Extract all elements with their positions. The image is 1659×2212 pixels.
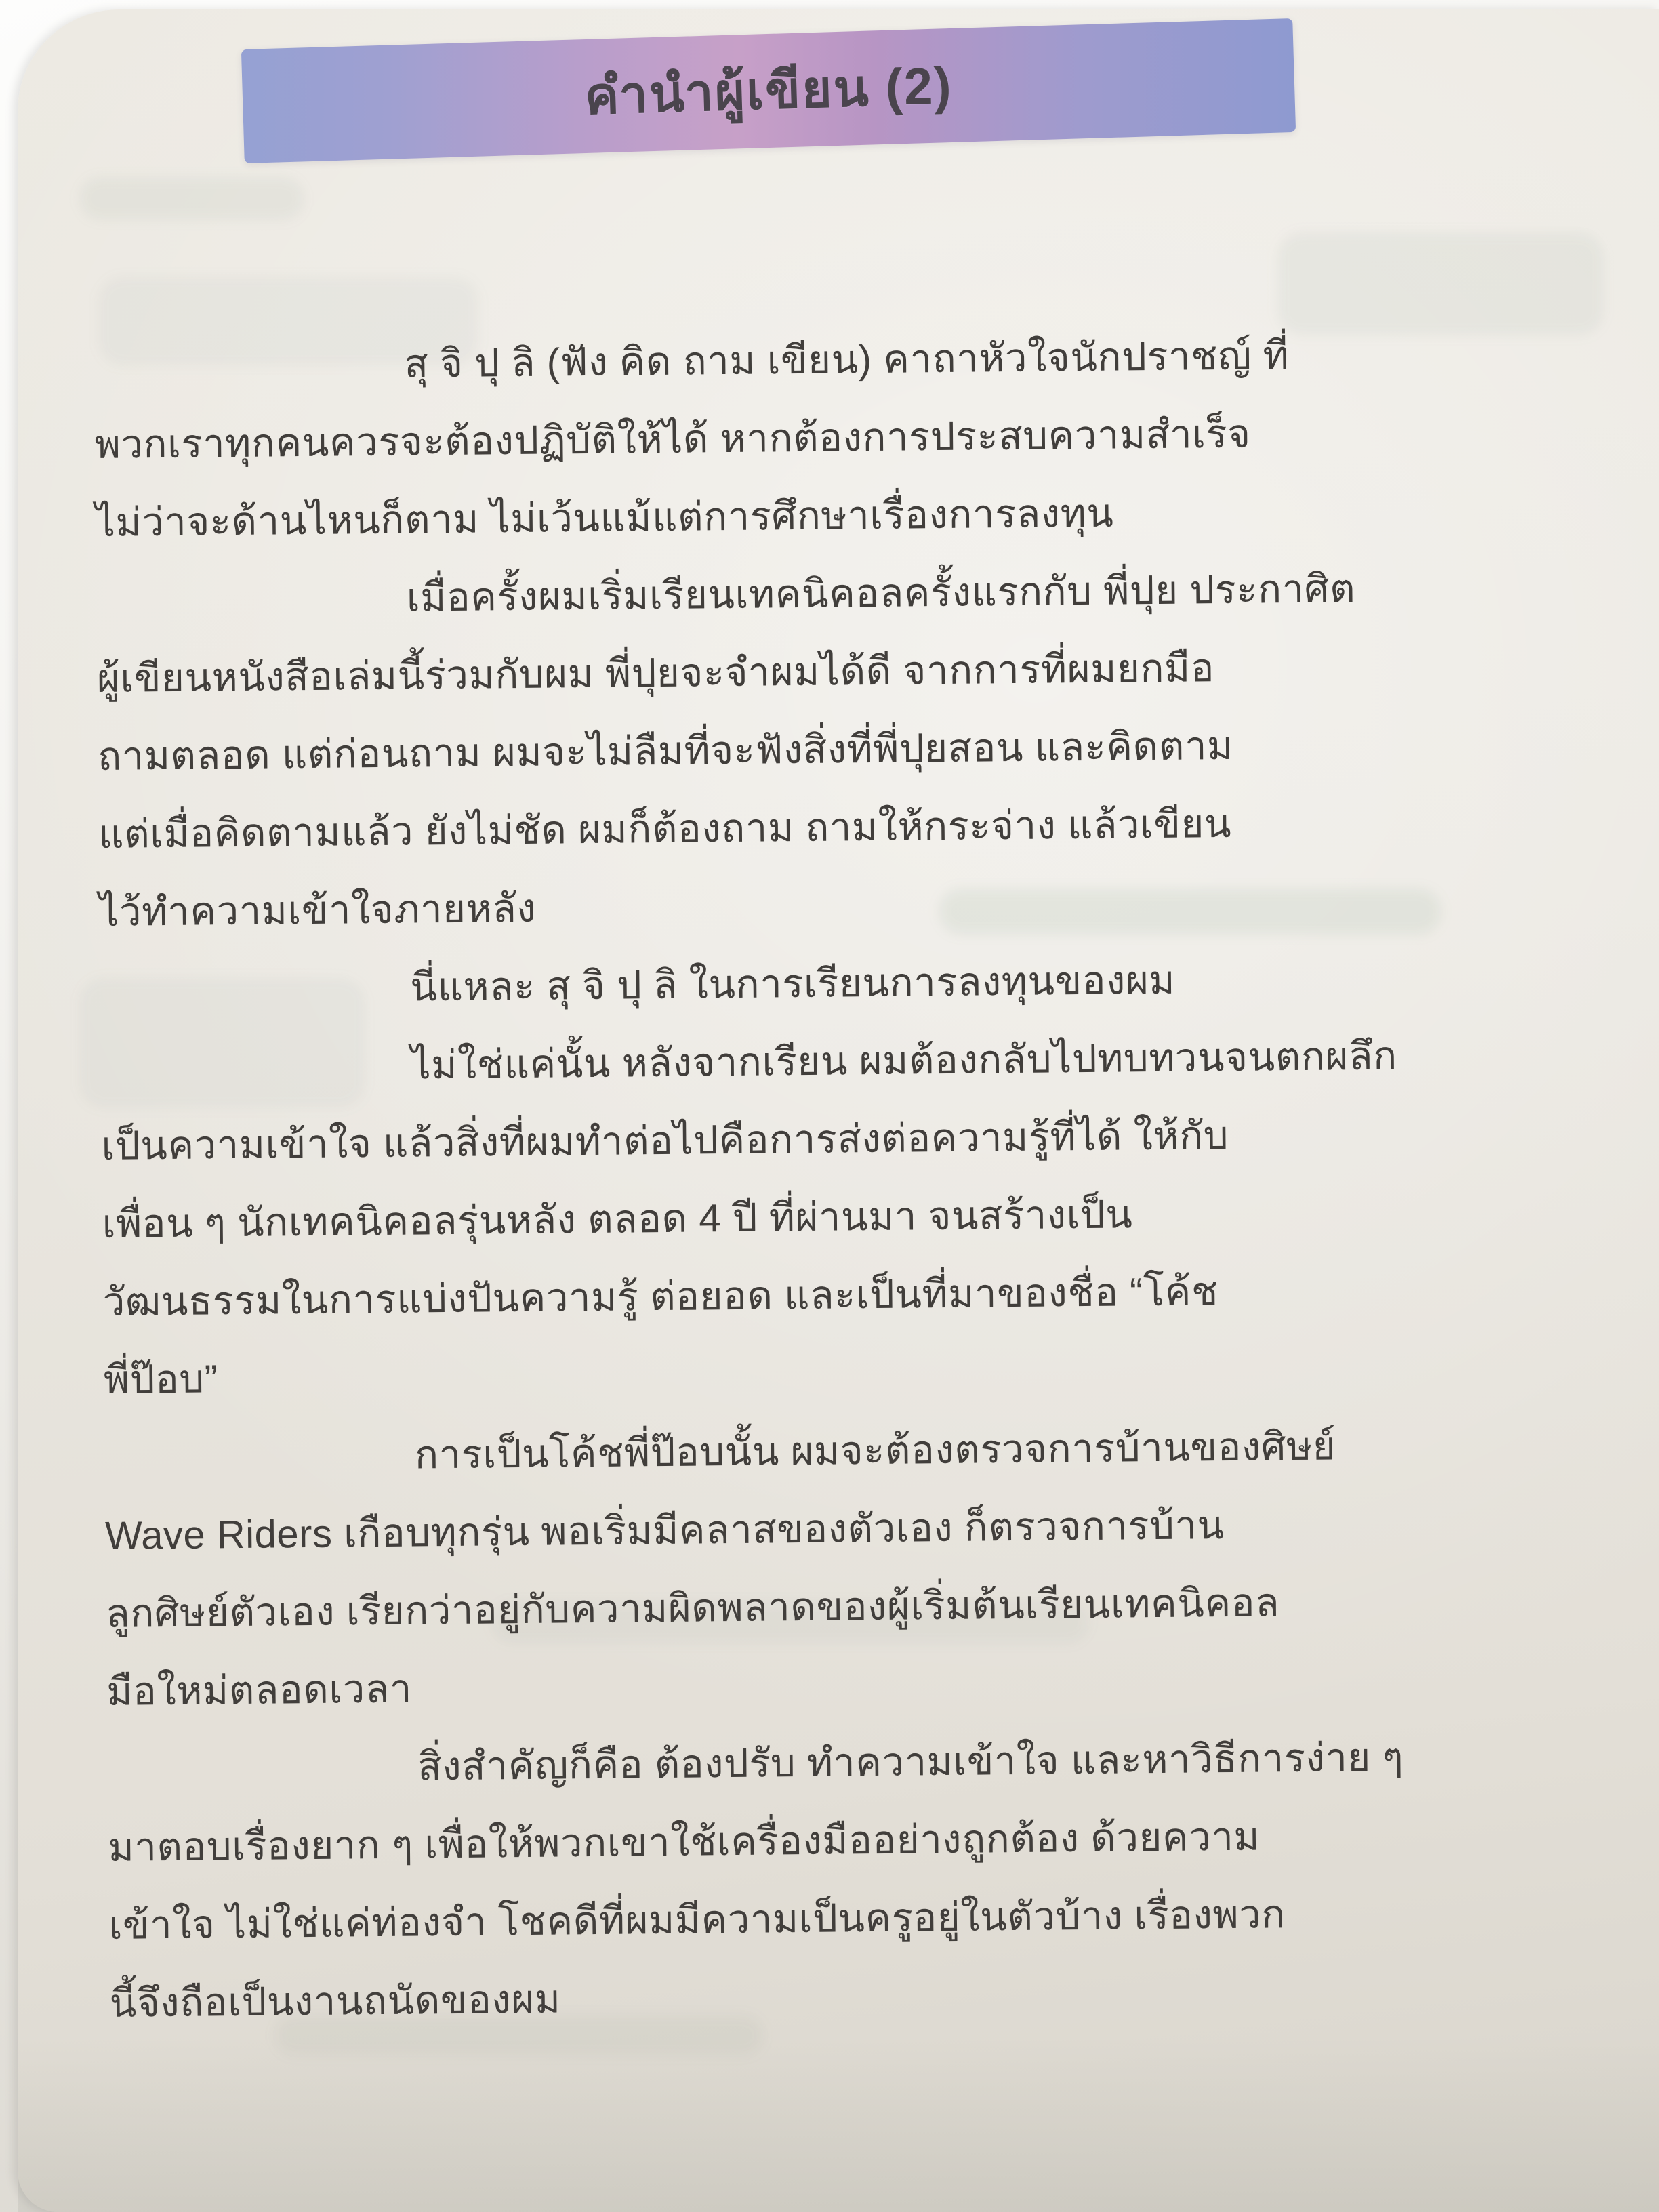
text-line: แต่เมื่อคิดตามแล้ว ยังไม่ชัด ผมก็ต้องถาม… (98, 782, 1537, 874)
text-line: สิ่งสำคัญก็คือ ต้องปรับ ทำความเข้าใจ และ… (107, 1717, 1546, 1809)
text-line: วัฒนธรรมในการแบ่งปันความรู้ ต่อยอด และเป… (102, 1250, 1541, 1341)
text-line: Wave Riders เกือบทุกรุ่น พอเริ่มมีคลาสขอ… (105, 1483, 1544, 1575)
text-line: ถามตลอด แต่ก่อนถาม ผมจะไม่ลืมที่จะฟังสิ่… (98, 704, 1536, 796)
text-line: ไม่ใช่แค่นั้น หลังจากเรียน ผมต้องกลับไปท… (100, 1016, 1539, 1107)
text-line: ไม่ว่าจะด้านไหนก็ตาม ไม่เว้นแม้แต่การศึก… (95, 470, 1534, 562)
page-bottom-shadow (18, 2036, 1659, 2212)
chapter-banner: คำนำผู้เขียน (2) (241, 18, 1296, 163)
text-line: ไว้ทำความเข้าใจภายหลัง (99, 860, 1538, 951)
text-line: เป็นความเข้าใจ แล้วสิ่งที่ผมทำต่อไปคือกา… (101, 1094, 1540, 1185)
book-page: คำนำผู้เขียน (2) สุ จิ ปุ ลิ (ฟัง คิด ถา… (18, 9, 1659, 2212)
paragraph: การเป็นโค้ชพี่ป๊อบนั้น ผมจะต้องตรวจการบ้… (104, 1406, 1544, 1731)
text-line: มาตอบเรื่องยาก ๆ เพื่อให้พวกเขาใช้เครื่อ… (108, 1795, 1547, 1887)
text-line: ลูกศิษย์ตัวเอง เรียกว่าอยู่กับความผิดพลา… (106, 1561, 1544, 1653)
text-line: สุ จิ ปุ ลิ (ฟัง คิด ถาม เขียน) คาถาหัวใ… (94, 314, 1532, 406)
text-line: พี่ป๊อบ” (103, 1328, 1542, 1419)
paragraph: เมื่อครั้งผมเริ่มเรียนเทคนิคอลครั้งแรกกั… (96, 548, 1537, 951)
page-title: คำนำผู้เขียน (2) (583, 45, 954, 137)
text-line: เข้าใจ ไม่ใช่แค่ท่องจำ โชคดีที่ผมมีความเ… (108, 1873, 1547, 1965)
text-line: มือใหม่ตลอดเวลา (106, 1639, 1545, 1731)
showthrough-mark (80, 178, 304, 220)
page-body: สุ จิ ปุ ลิ (ฟัง คิด ถาม เขียน) คาถาหัวใ… (94, 314, 1548, 2043)
paragraph: สุ จิ ปุ ลิ (ฟัง คิด ถาม เขียน) คาถาหัวใ… (94, 314, 1534, 562)
paragraph: สิ่งสำคัญก็คือ ต้องปรับ ทำความเข้าใจ และ… (107, 1717, 1548, 2043)
text-line: นี้จึงถือเป็นงานถนัดของผม (109, 1951, 1548, 2043)
text-line: เมื่อครั้งผมเริ่มเรียนเทคนิคอลครั้งแรกกั… (96, 548, 1534, 640)
text-line: การเป็นโค้ชพี่ป๊อบนั้น ผมจะต้องตรวจการบ้… (104, 1406, 1542, 1497)
paragraph: ไม่ใช่แค่นั้น หลังจากเรียน ผมต้องกลับไปท… (100, 1016, 1542, 1419)
text-line: ผู้เขียนหนังสือเล่มนี้ร่วมกับผม พี่ปุยจะ… (96, 626, 1535, 718)
text-line: พวกเราทุกคนควรจะต้องปฏิบัติให้ได้ หากต้อ… (94, 392, 1533, 484)
text-line: เพื่อน ๆ นักเทคนิคอลรุ่นหลัง ตลอด 4 ปี ท… (102, 1172, 1540, 1263)
text-line: นี่แหละ สุ จิ ปุ ลิ ในการเรียนการลงทุนขอ… (100, 938, 1538, 1029)
paragraph: นี่แหละ สุ จิ ปุ ลิ ในการเรียนการลงทุนขอ… (100, 938, 1538, 1029)
